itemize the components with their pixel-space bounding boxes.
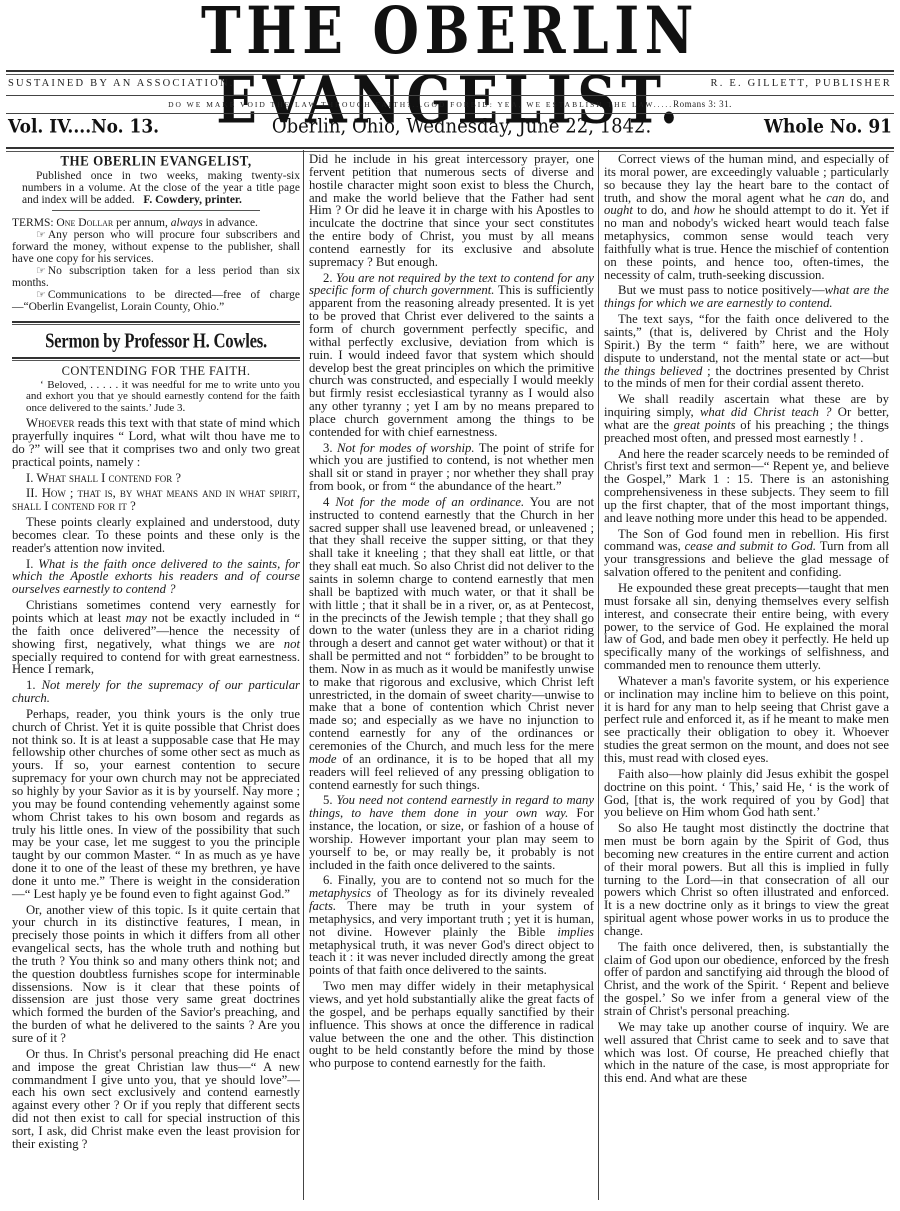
terms-label: TERMS:	[12, 217, 54, 229]
scripture-epigraph: ‘ Beloved, . . . . . it was needful for …	[12, 380, 300, 415]
masthead-rule	[6, 70, 894, 75]
terms-text: per annum,	[113, 217, 170, 229]
heading-6: 6. Finally, you are to contend not so mu…	[309, 874, 594, 977]
paragraph-and-here: And here the reader scarcely needs to be…	[604, 448, 889, 525]
printer-name: F. Cowdery, printer.	[143, 194, 242, 206]
heading-1: 1. Not merely for the supremacy of our p…	[12, 679, 300, 705]
heading-2: 2. You are not required by the text to c…	[309, 272, 594, 439]
publisher-line: R. E. GILLETT, PUBLISHER	[710, 78, 892, 92]
publisher-row: SUSTAINED BY AN ASSOCIATION. R. E. GILLE…	[8, 78, 892, 92]
text: You are not instructed to contend earnes…	[309, 495, 594, 753]
paragraph-text-says: The text says, “for the faith once deliv…	[604, 313, 889, 390]
paragraph-whatever: Whatever a man's favorite system, or his…	[604, 675, 889, 765]
point-1: I. What shall I contend for ?	[12, 472, 300, 485]
paragraph-points: These points clearly explained and under…	[12, 516, 300, 555]
point-2: II. How ; that is, by what means and in …	[12, 487, 300, 513]
paragraph-faith-also: Faith also—how plainly did Jesus exhibit…	[604, 768, 889, 819]
whole-number: Whole No. 91	[764, 116, 892, 138]
notice-text: Communications to be directed—free of ch…	[12, 289, 300, 313]
paragraph-two-men: Two men may differ widely in their metap…	[309, 980, 594, 1070]
heading-text: You need not contend earnestly in regard…	[309, 793, 594, 820]
question-1: I. What is the faith once delivered to t…	[12, 558, 300, 597]
heading-3: 3. Not for modes of worship. The point o…	[309, 442, 594, 493]
paragraph-expounded: He expounded these great precepts—taught…	[604, 582, 889, 672]
motto-text: DO WE MAKE VOID THE LAW THROUGH FAITH?..…	[168, 100, 673, 109]
notice-text: Any person who will procure four subscri…	[12, 229, 300, 265]
paragraph-or-thus: Or thus. In Christ's personal preaching …	[12, 1048, 300, 1151]
heading-text: Not merely for the supremacy of our part…	[12, 678, 300, 705]
column-divider-1	[303, 150, 304, 1200]
notice-text: No subscription taken for a less period …	[12, 265, 300, 289]
dateline: Oberlin, Ohio, Wednesday, June 22, 1842.	[272, 115, 651, 138]
paragraph-so-also: So also He taught most distinctly the do…	[604, 822, 889, 938]
paragraph-correct-views: Correct views of the human mind, and esp…	[604, 153, 889, 281]
terms-text-2: in advance.	[203, 217, 258, 229]
notice-communications: ☞Communications to be directed—free of c…	[12, 289, 300, 313]
paragraph-or-another: Or, another view of this topic. Is it qu…	[12, 904, 300, 1045]
terms-section: TERMS: One Dollar per annum, always in a…	[12, 217, 300, 313]
sermon-title-rule	[12, 357, 300, 361]
intro-paragraph: Whoever reads this text with that state …	[12, 417, 300, 468]
pointing-hand-icon: ☞	[24, 289, 46, 301]
motto-reference: Romans 3: 31.	[673, 99, 732, 109]
paragraph-faith-once: The faith once delivered, then, is subst…	[604, 941, 889, 1018]
info-box-title: THE OBERLIN EVANGELIST,	[12, 154, 300, 168]
paragraph-son-of-god: The Son of God found men in rebellion. H…	[604, 528, 889, 579]
info-box-description: Published once in two weeks, making twen…	[12, 170, 300, 206]
paragraph-but-we-must: But we must pass to notice positively—wh…	[604, 284, 889, 310]
paragraph-did-he: Did he include in his great intercessory…	[309, 153, 594, 269]
text: metaphysical truth, it was never God's d…	[309, 938, 594, 978]
sustained-line: SUSTAINED BY AN ASSOCIATION.	[8, 78, 235, 92]
heading-4: 4 Not for the mode of an ordinance. You …	[309, 496, 594, 791]
notice-period: ☞No subscription taken for a less period…	[12, 265, 300, 289]
text: specially required to contend for with g…	[12, 650, 300, 677]
text: There may be truth in your system of met…	[309, 899, 594, 939]
paragraph-we-may: We may take up another course of inquiry…	[604, 1021, 889, 1085]
sermon-title: Sermon by Professor H. Cowles.	[29, 330, 282, 354]
notice-subscribers: ☞Any person who will procure four subscr…	[12, 229, 300, 265]
column-1: THE OBERLIN EVANGELIST, Published once i…	[12, 153, 300, 1154]
question-text: What is the faith once delivered to the …	[12, 557, 300, 597]
sermon-top-rule	[12, 321, 300, 325]
column-2: Did he include in his great intercessory…	[309, 153, 594, 1073]
sermon-heading: CONTENDING FOR THE FAITH.	[12, 365, 300, 378]
motto-line: DO WE MAKE VOID THE LAW THROUGH FAITH?..…	[0, 99, 900, 111]
terms-line: TERMS: One Dollar per annum, always in a…	[12, 217, 300, 229]
heading-5: 5. You need not contend earnestly in reg…	[309, 794, 594, 871]
terms-price: One Dollar	[56, 217, 113, 229]
motto-top-rule	[6, 95, 894, 96]
paragraph-we-shall: We shall readily ascertain what these ar…	[604, 393, 889, 444]
text: of an ordinance, it is to be hoped that …	[309, 752, 594, 792]
masthead: THE OBERLIN EVANGELIST.	[0, 0, 900, 62]
text: This is sufficiently apparent from the r…	[309, 283, 594, 438]
paragraph-perhaps: Perhaps, reader, you think yours is the …	[12, 708, 300, 901]
dateline-row: Vol. IV....No. 13. Oberlin, Ohio, Wednes…	[8, 115, 892, 144]
pointing-hand-icon: ☞	[24, 265, 46, 277]
info-box-rule	[52, 210, 260, 211]
column-3: Correct views of the human mind, and esp…	[604, 153, 889, 1088]
pointing-hand-icon: ☞	[24, 229, 46, 241]
terms-always: always	[171, 217, 203, 229]
column-divider-2	[598, 150, 599, 1200]
text: The text says, “for the faith once deliv…	[604, 312, 889, 365]
volume-number: Vol. IV....No. 13.	[8, 116, 159, 138]
paragraph-christians: Christians sometimes contend very earnes…	[12, 599, 300, 676]
